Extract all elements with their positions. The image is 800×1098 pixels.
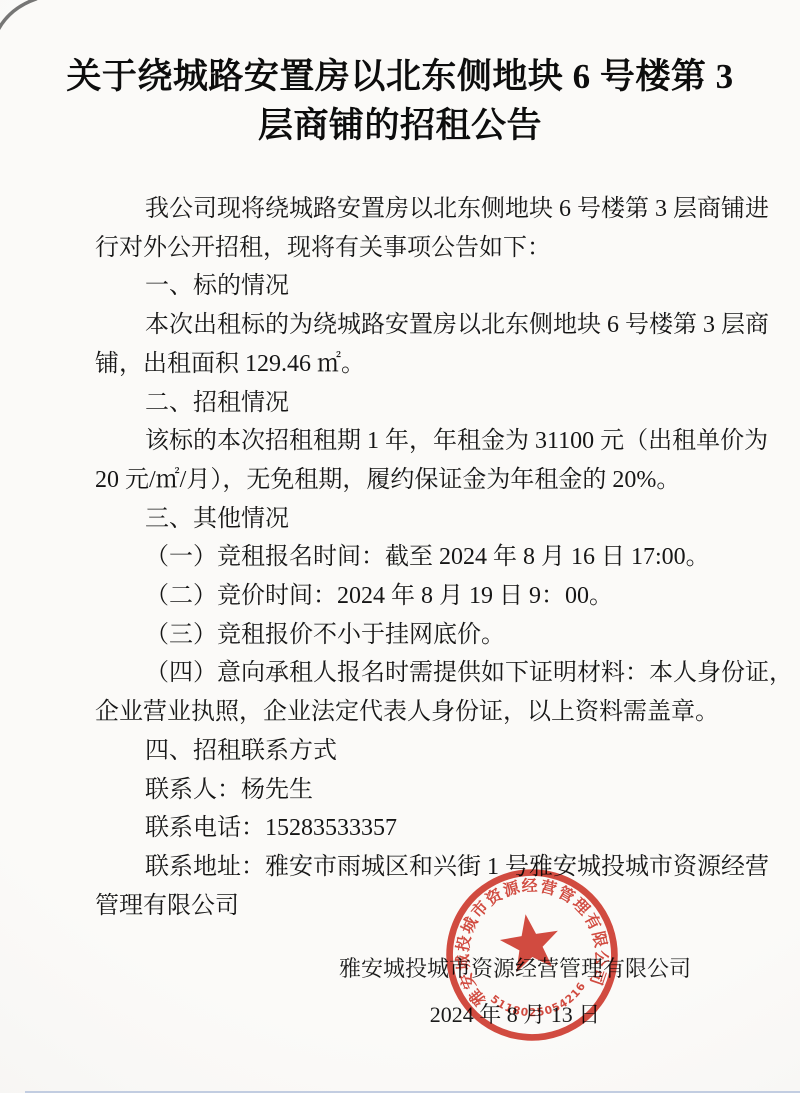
document-body: 我公司现将绕城路安置房以北东侧地块 6 号楼第 3 层商铺进行对外公开招租，现将… — [95, 190, 717, 925]
body-line: 三、其他情况 — [95, 500, 717, 539]
body-line: 联系电话：15283533357 — [95, 809, 717, 848]
body-line: 铺，出租面积 129.46 ㎡。 — [95, 345, 717, 384]
title-line-2: 层商铺的招租公告 — [50, 101, 750, 150]
company-stamp: 雅安城投城市资源经营管理有限公司 5118025054216 — [414, 837, 650, 1073]
body-line: 一、标的情况 — [95, 267, 717, 306]
body-line: （一）竞租报名时间：截至 2024 年 8 月 16 日 17:00。 — [95, 538, 717, 577]
scan-bottom-strip — [0, 1093, 800, 1098]
body-line: 本次出租标的为绕城路安置房以北东侧地块 6 号楼第 3 层商 — [95, 306, 717, 345]
body-line: 我公司现将绕城路安置房以北东侧地块 6 号楼第 3 层商铺进 — [95, 190, 717, 229]
body-line: （三）竞租报价不小于挂网底价。 — [95, 616, 717, 655]
document-title: 关于绕城路安置房以北东侧地块 6 号楼第 3 层商铺的招租公告 — [50, 52, 750, 150]
body-line: 四、招租联系方式 — [95, 732, 717, 771]
scan-corner-artifact — [0, 0, 56, 56]
body-line: 该标的本次招租租期 1 年，年租金为 31100 元（出租单价为 — [95, 422, 717, 461]
scanned-document-page: 关于绕城路安置房以北东侧地块 6 号楼第 3 层商铺的招租公告 我公司现将绕城路… — [0, 0, 800, 1098]
body-line: 20 元/㎡/月），无免租期，履约保证金为年租金的 20%。 — [95, 461, 717, 500]
stamp-star-icon — [497, 910, 564, 974]
title-line-1: 关于绕城路安置房以北东侧地块 6 号楼第 3 — [50, 52, 750, 101]
body-line: （四）意向承租人报名时需提供如下证明材料：本人身份证， — [95, 654, 717, 693]
body-line: 二、招租情况 — [95, 384, 717, 423]
stamp-serial-arc-text: 5118025054216 — [486, 978, 592, 1026]
body-line: （二）竞价时间：2024 年 8 月 19 日 9：00。 — [95, 577, 717, 616]
body-line: 联系人：杨先生 — [95, 771, 717, 810]
body-line: 企业营业执照，企业法定代表人身份证，以上资料需盖章。 — [95, 693, 717, 732]
body-line: 行对外公开招租，现将有关事项公告如下： — [95, 229, 717, 268]
